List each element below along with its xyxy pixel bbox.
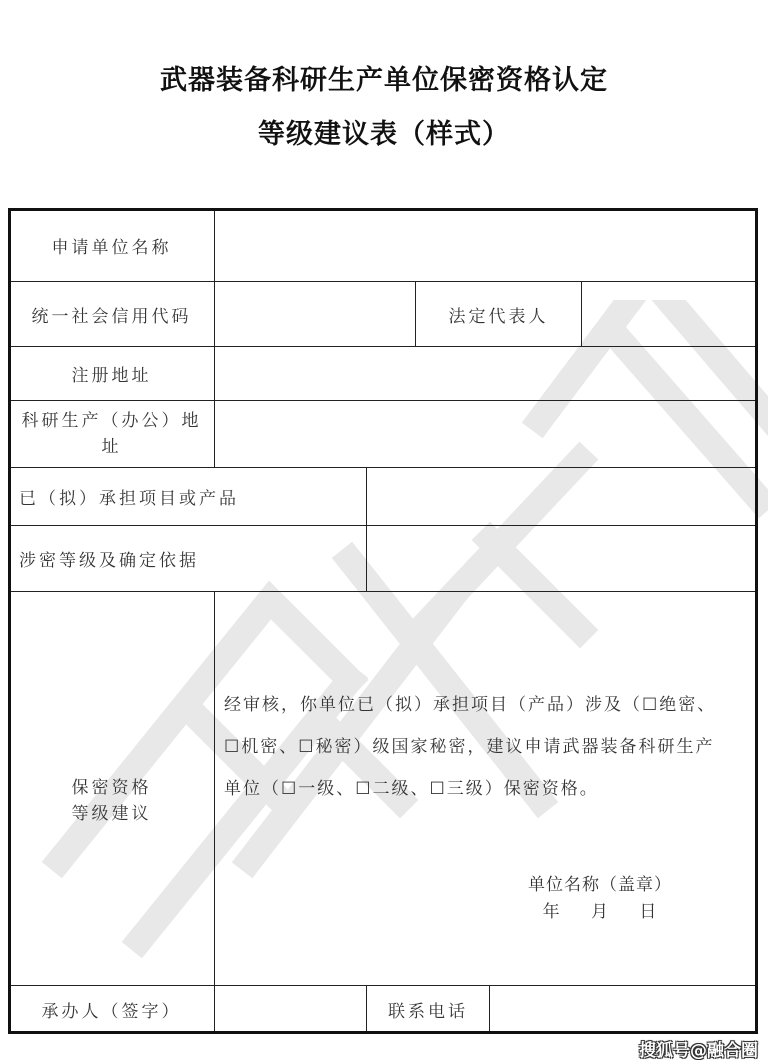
office-address-value[interactable] bbox=[215, 401, 757, 467]
credit-code-value[interactable] bbox=[215, 282, 415, 346]
document-title-line-2: 等级建议表（样式） bbox=[0, 112, 768, 151]
recommendation-text-line-2: ☐机密、☐秘密）级国家秘密，建议申请武器装备科研生产 bbox=[224, 726, 752, 768]
document-title-line-1: 武器装备科研生产单位保密资格认定 bbox=[0, 58, 768, 97]
recommendation-text-line-1: 经审核，你单位已（拟）承担项目（产品）涉及（☐绝密、 bbox=[224, 684, 752, 726]
recommendation-label-line-1: 保密资格 bbox=[72, 775, 152, 801]
secrecy-basis-label-text: 涉密等级及确定依据 bbox=[19, 546, 199, 571]
phone-label: 联系电话 bbox=[366, 985, 490, 1034]
legal-rep-label-text: 法定代表人 bbox=[449, 302, 549, 327]
recommendation-label-line-2: 等级建议 bbox=[72, 801, 152, 827]
registered-address-field[interactable] bbox=[214, 346, 758, 401]
stamp-label: 单位名称（盖章） bbox=[520, 872, 680, 899]
recommendation-label: 保密资格 等级建议 bbox=[8, 591, 215, 986]
office-address-label: 科研生产（办公）地 址 bbox=[8, 400, 215, 468]
date-month-label: 月 bbox=[591, 899, 609, 926]
registered-address-value[interactable] bbox=[215, 347, 757, 400]
legal-rep-field[interactable] bbox=[581, 281, 758, 347]
applicant-name-value[interactable] bbox=[215, 209, 757, 281]
date-year-label: 年 bbox=[543, 899, 561, 926]
legal-rep-value[interactable] bbox=[582, 282, 757, 346]
handler-label-text: 承办人（签字） bbox=[42, 997, 182, 1022]
projects-label: 已（拟）承担项目或产品 bbox=[8, 467, 367, 526]
source-watermark: 搜狐号@融合圈 bbox=[639, 1036, 758, 1060]
date-line: 年 月 日 bbox=[520, 899, 680, 926]
recommendation-text-line-3: 单位（☐一级、☐二级、☐三级）保密资格。 bbox=[224, 768, 752, 810]
applicant-name-label: 申请单位名称 bbox=[8, 208, 215, 282]
office-address-label-line-2: 址 bbox=[22, 434, 202, 460]
handler-signature-field[interactable] bbox=[214, 985, 367, 1034]
registered-address-label: 注册地址 bbox=[8, 346, 215, 401]
credit-code-label-text: 统一社会信用代码 bbox=[32, 302, 192, 327]
office-address-field[interactable] bbox=[214, 400, 758, 468]
projects-label-text: 已（拟）承担项目或产品 bbox=[19, 484, 239, 509]
secrecy-basis-label: 涉密等级及确定依据 bbox=[8, 525, 367, 592]
credit-code-field[interactable] bbox=[214, 281, 416, 347]
handler-label: 承办人（签字） bbox=[8, 985, 215, 1034]
recommendation-text: 经审核，你单位已（拟）承担项目（产品）涉及（☐绝密、 ☐机密、☐秘密）级国家秘密… bbox=[224, 684, 752, 810]
applicant-name-field[interactable] bbox=[214, 208, 758, 282]
phone-field[interactable] bbox=[489, 985, 758, 1034]
handler-signature-value[interactable] bbox=[215, 986, 366, 1033]
phone-value[interactable] bbox=[490, 986, 757, 1033]
projects-field[interactable] bbox=[366, 467, 758, 526]
applicant-name-label-text: 申请单位名称 bbox=[52, 233, 172, 258]
date-day-label: 日 bbox=[639, 899, 657, 926]
legal-rep-label: 法定代表人 bbox=[415, 281, 582, 347]
phone-label-text: 联系电话 bbox=[388, 997, 468, 1022]
secrecy-basis-field[interactable] bbox=[366, 525, 758, 592]
office-address-label-line-1: 科研生产（办公）地 bbox=[22, 408, 202, 434]
credit-code-label: 统一社会信用代码 bbox=[8, 281, 215, 347]
projects-value[interactable] bbox=[367, 468, 757, 525]
registered-address-label-text: 注册地址 bbox=[72, 361, 152, 386]
stamp-block: 单位名称（盖章） 年 月 日 bbox=[520, 872, 680, 926]
secrecy-basis-value[interactable] bbox=[367, 526, 757, 591]
